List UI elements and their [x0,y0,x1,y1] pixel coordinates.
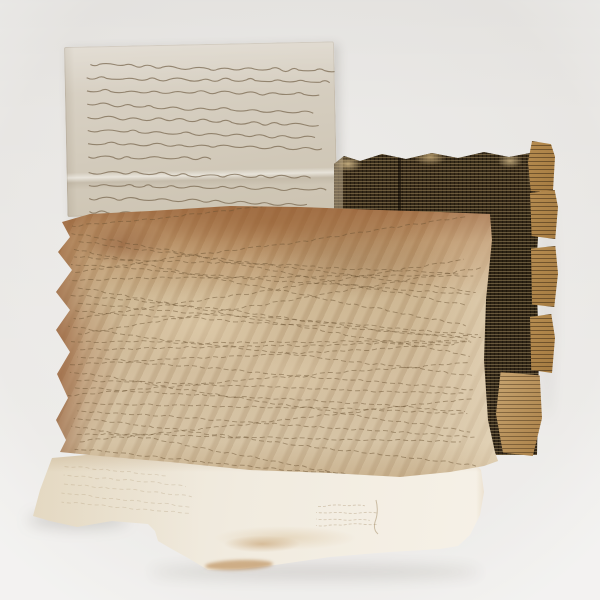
book-torn-tab-top [528,141,555,193]
book-torn-tab-2 [531,246,558,307]
letter-handwriting-lines [64,41,338,217]
book-torn-tab-3 [530,314,555,373]
contact-shadow-bottom [150,565,480,579]
vellum-document [52,204,500,484]
book-bottom-fragment [496,372,542,456]
book-torn-tab-1 [530,190,558,239]
vellum-script-rows [52,204,500,484]
handwritten-letter [64,41,338,217]
photo-stage [0,0,600,600]
